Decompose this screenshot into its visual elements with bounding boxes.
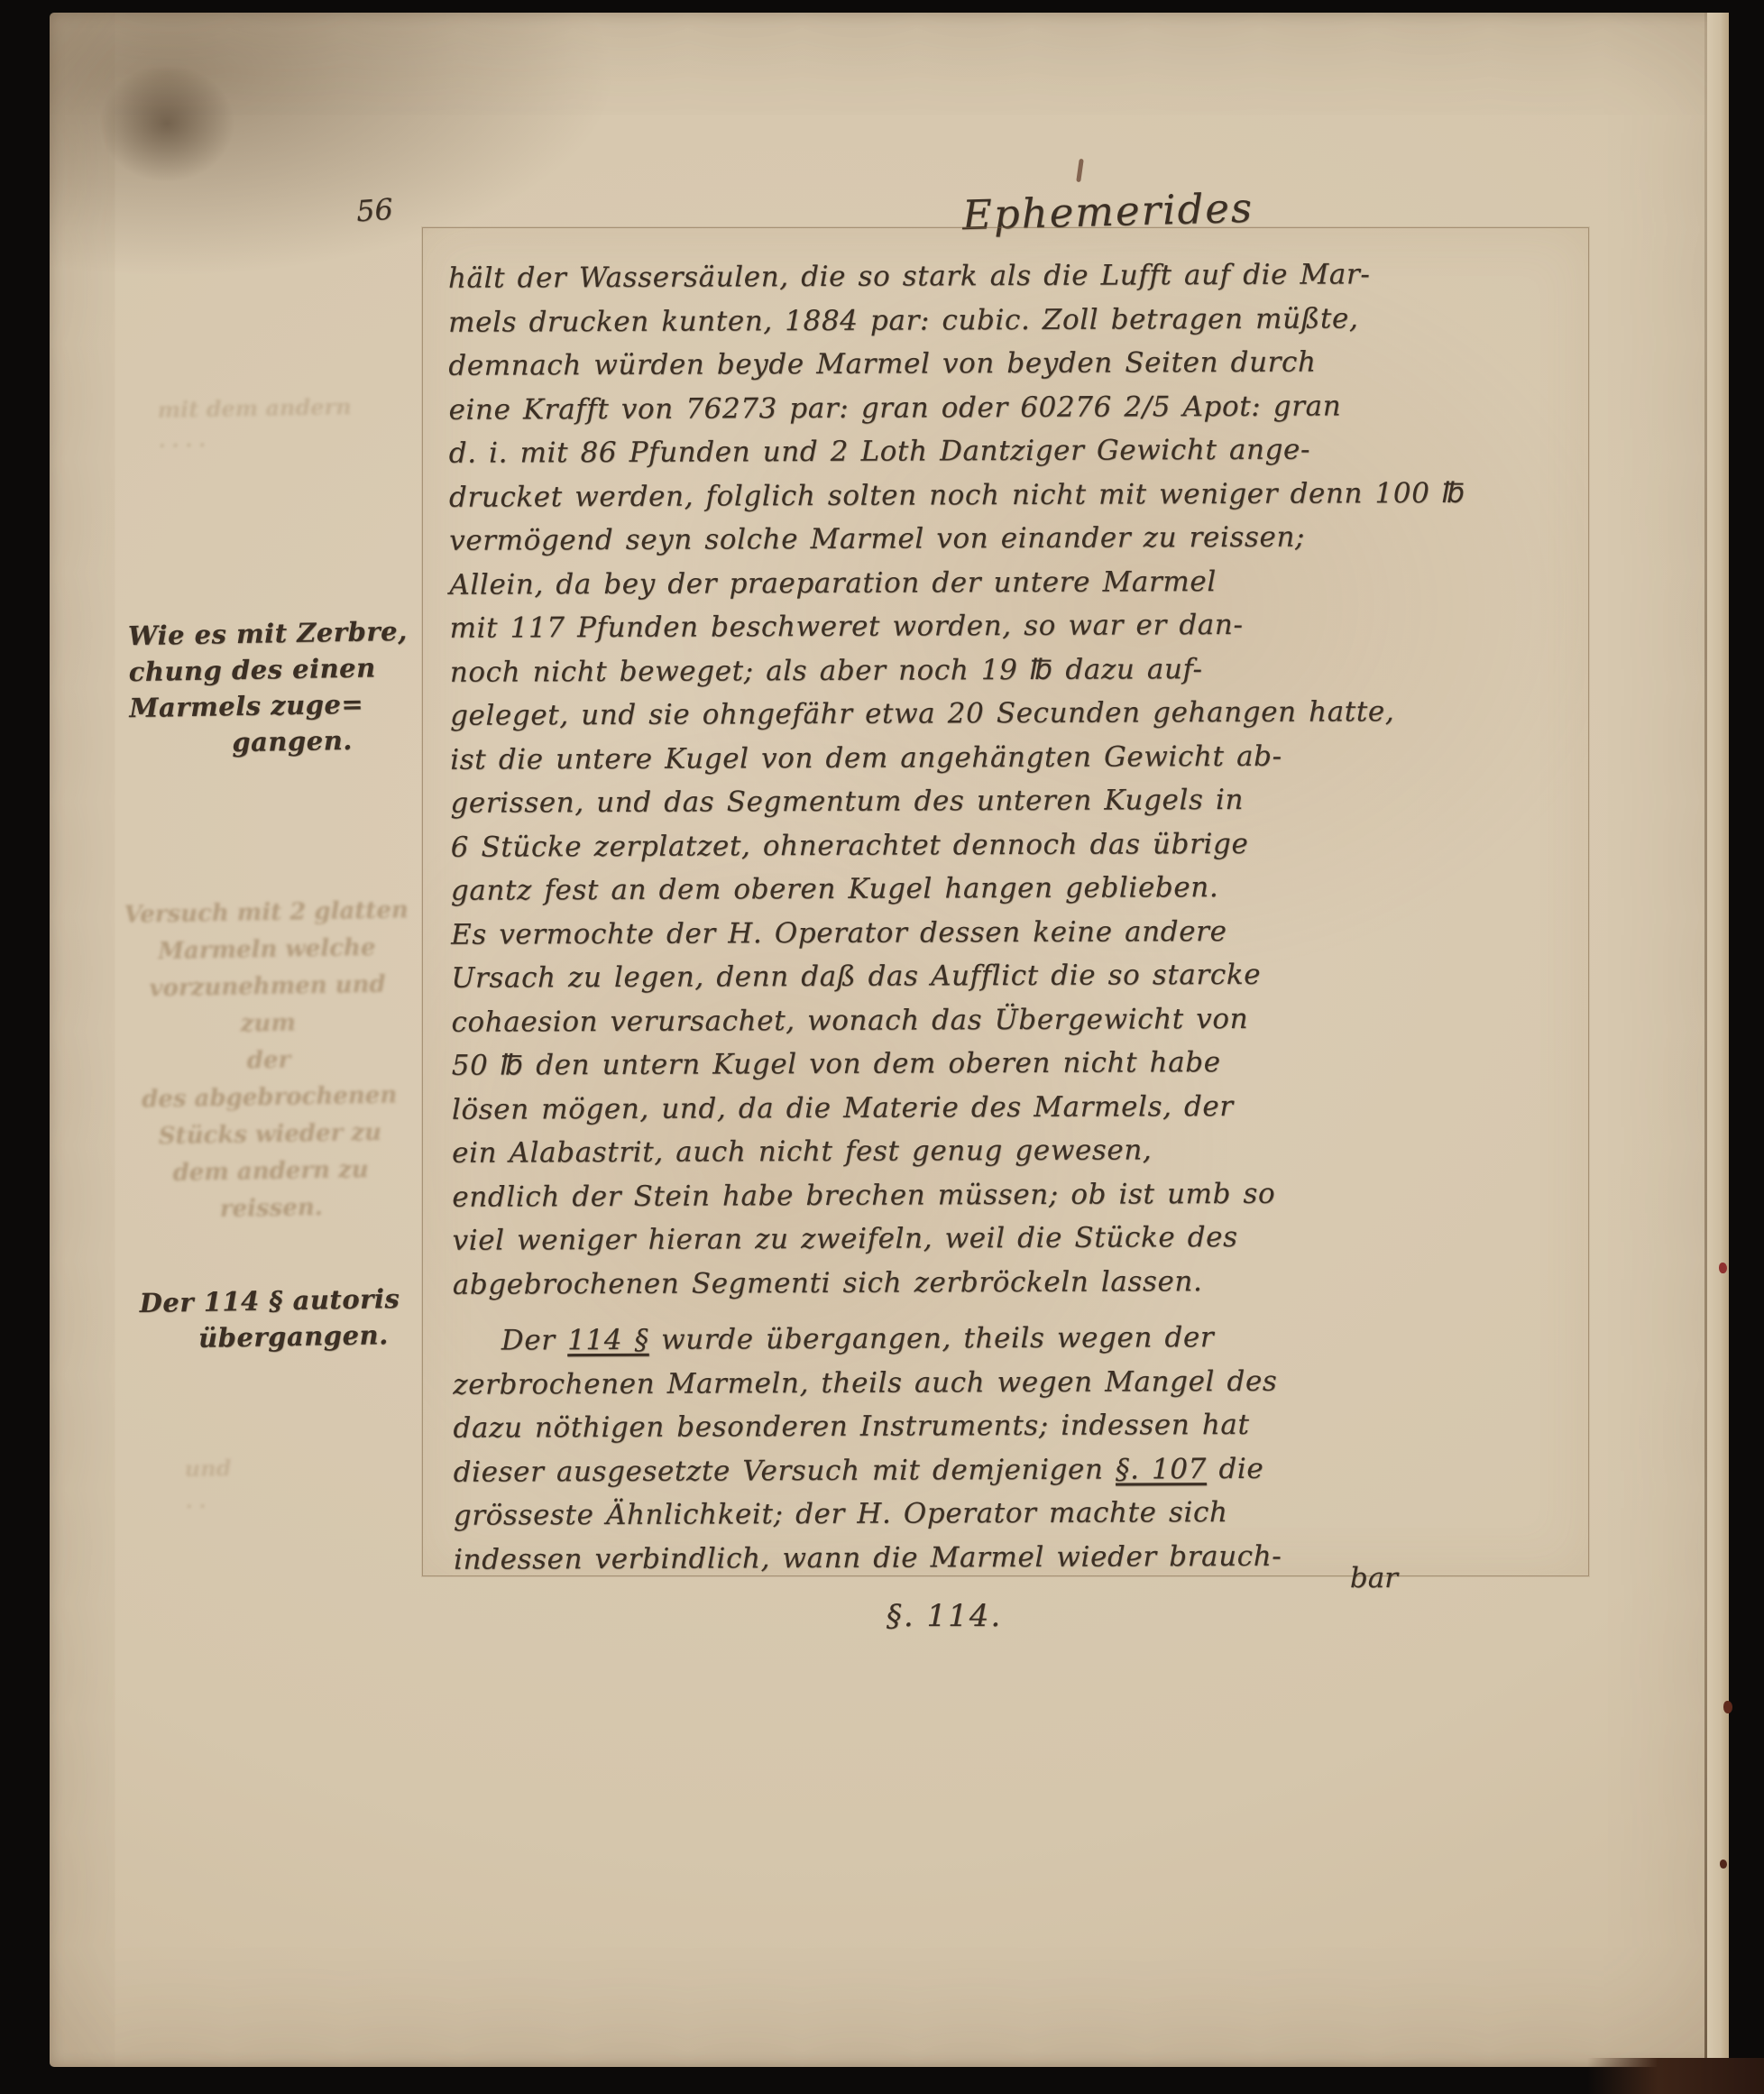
- manuscript-line: chung des einen: [128, 648, 454, 690]
- manuscript-line: demnach würden beyde Marmel von beyden S…: [448, 339, 1585, 388]
- manuscript-line: zerbrochenen Marmeln, theils auch wegen …: [453, 1358, 1589, 1407]
- margin-note-1: Wie es mit Zerbre,chung des einenMarmels…: [128, 612, 455, 762]
- manuscript-line: Allein, da bey der praeparation der unte…: [449, 558, 1585, 607]
- manuscript-line: des abgebrochenen: [120, 1077, 418, 1119]
- footer-section-number: §. 114.: [827, 1598, 1061, 1634]
- manuscript-line: mit 117 Pfunden beschweret worden, so wa…: [449, 602, 1585, 650]
- manuscript-line: hält der Wassersäulen, die so stark als …: [448, 252, 1585, 300]
- page-edge-sliver: [1707, 13, 1729, 2067]
- bleedthrough-text: Versuch mit 2 glattenMarmeln welchevorzu…: [117, 892, 420, 1230]
- bleedthrough-text: und⸳ ⸳: [184, 1448, 401, 1520]
- manuscript-line: viel weniger hieran zu zweifeln, weil di…: [452, 1214, 1588, 1263]
- manuscript-line: der: [120, 1040, 418, 1082]
- manuscript-line: eine Krafft von 76273 par: gran oder 602…: [448, 383, 1585, 432]
- catchword: bar: [1204, 1562, 1398, 1594]
- manuscript-line: ist die untere Kugel von dem angehängten…: [450, 733, 1586, 782]
- body-text: hält der Wassersäulen, die so stark als …: [448, 252, 1590, 1581]
- manuscript-line: 50 ℔ den untern Kugel von dem oberen nic…: [452, 1039, 1588, 1088]
- manuscript-line: ⸳ ⸳ ⸳ ⸳: [158, 421, 456, 459]
- manuscript-line: vermögend seyn solche Marmel von einande…: [449, 514, 1585, 563]
- red-speck: [1719, 1263, 1727, 1273]
- manuscript-line: Der 114 § wurde übergangen, theils wegen…: [453, 1314, 1589, 1363]
- manuscript-line: lösen mögen, und, da die Materie des Mar…: [452, 1083, 1588, 1132]
- manuscript-line: Marmels zuge=: [129, 684, 455, 726]
- manuscript-line: dieser ausgesetzte Versuch mit demjenige…: [454, 1446, 1590, 1494]
- manuscript-line: Marmeln welche: [118, 929, 417, 971]
- manuscript-line: abgebrochenen Segmenti sich zerbröckeln …: [453, 1258, 1589, 1307]
- manuscript-line: gangen.: [130, 721, 455, 762]
- manuscript-line: cohaesion verursachet, wonach das Überge…: [451, 996, 1587, 1044]
- manuscript-line: gerissen, und das Segmentum des unteren …: [450, 776, 1586, 825]
- page-edge-crease: [1704, 13, 1707, 2067]
- manuscript-line: Es vermochte der H. Operator dessen kein…: [451, 908, 1587, 957]
- manuscript-line: grösseste Ähnlichkeit; der H. Operator m…: [454, 1489, 1590, 1538]
- manuscript-line: Versuch mit 2 glatten: [117, 892, 416, 934]
- manuscript-line: gantz fest an dem oberen Kugel hangen ge…: [451, 864, 1587, 913]
- edge-speck: [1720, 1860, 1727, 1869]
- manuscript-line: noch nicht beweget; als aber noch 19 ℔ d…: [450, 646, 1586, 694]
- manuscript-page: 56 Ephemerides mit dem andern⸳ ⸳ ⸳ ⸳ Ver…: [50, 13, 1729, 2067]
- manuscript-line: ein Alabastrit, auch nicht fest genug ge…: [452, 1126, 1588, 1175]
- manuscript-line: Wie es mit Zerbre,: [128, 612, 454, 654]
- manuscript-line: Der 114 § autoris: [139, 1280, 446, 1321]
- book-cover-edge: [1587, 2058, 1764, 2094]
- manuscript-line: drucket werden, folglich solten noch nic…: [449, 471, 1585, 519]
- ink-stray-mark: [1076, 159, 1084, 182]
- corner-stain: [99, 65, 234, 182]
- manuscript-line: ⸳ ⸳: [185, 1483, 402, 1520]
- manuscript-line: reissen.: [123, 1188, 421, 1230]
- edge-speck: [1723, 1701, 1732, 1713]
- manuscript-line: dem andern zu: [122, 1151, 420, 1193]
- manuscript-line: übergangen.: [140, 1316, 447, 1357]
- manuscript-line: Stücks wieder zu: [121, 1114, 419, 1156]
- manuscript-line: indessen verbindlich, wann die Marmel wi…: [454, 1533, 1590, 1582]
- manuscript-line: endlich der Stein habe brechen müssen; o…: [452, 1171, 1588, 1219]
- manuscript-line: und: [184, 1448, 401, 1486]
- manuscript-scan: 56 Ephemerides mit dem andern⸳ ⸳ ⸳ ⸳ Ver…: [0, 0, 1764, 2094]
- manuscript-line: mels drucken kunten, 1884 par: cubic. Zo…: [448, 296, 1585, 344]
- manuscript-line: zum: [119, 1003, 418, 1045]
- margin-note-2: Der 114 § autorisübergangen.: [139, 1280, 446, 1357]
- manuscript-line: mit dem andern: [157, 389, 455, 427]
- bleedthrough-text: mit dem andern⸳ ⸳ ⸳ ⸳: [157, 389, 455, 459]
- manuscript-line: dazu nöthigen besonderen Instruments; in…: [453, 1401, 1589, 1450]
- manuscript-line: vorzunehmen und: [118, 966, 417, 1008]
- manuscript-line: 6 Stücke zerplatzet, ohnerachtet dennoch…: [451, 821, 1587, 869]
- manuscript-line: geleget, und sie ohngefähr etwa 20 Secun…: [450, 689, 1586, 738]
- manuscript-line: Ursach zu legen, denn daß das Aufflict d…: [451, 951, 1587, 1000]
- folio-number: 56: [355, 192, 394, 229]
- manuscript-line: d. i. mit 86 Pfunden und 2 Loth Dantzige…: [449, 427, 1585, 475]
